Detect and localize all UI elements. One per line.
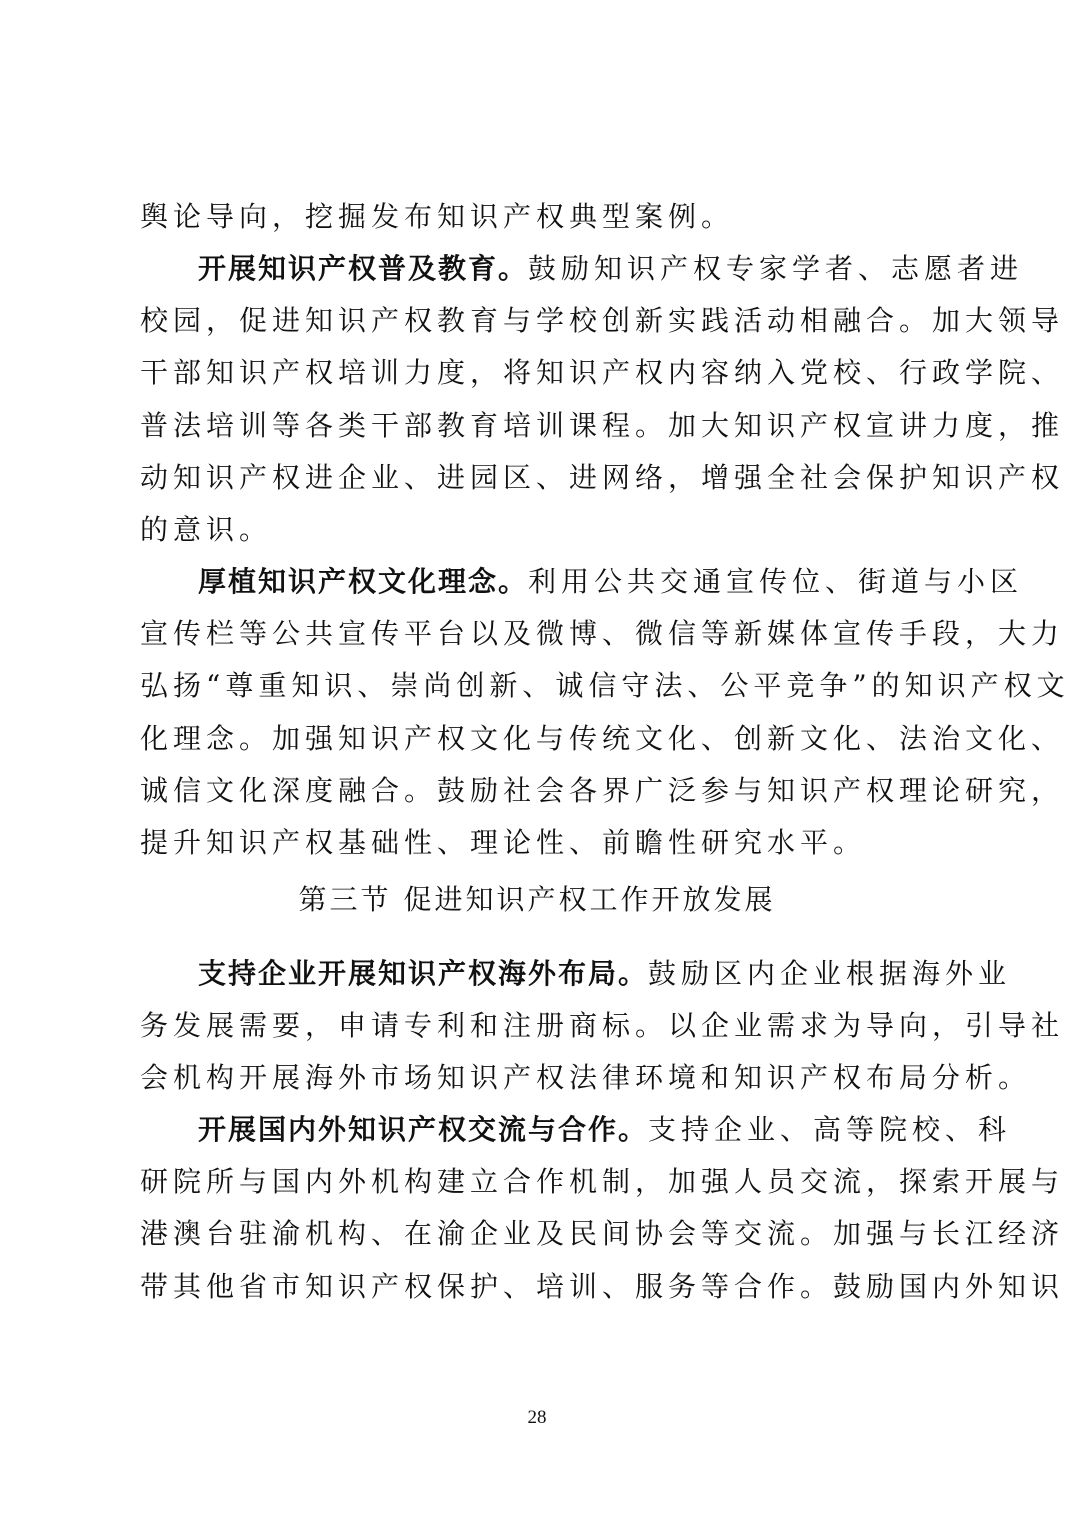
text-line: 普法培训等各类干部教育培训课程。加大知识产权宣讲力度，推 [140, 400, 940, 452]
text-line: 研院所与国内外机构建立合作机制，加强人员交流，探索开展与 [140, 1156, 940, 1208]
document-page: 舆论导向，挖掘发布知识产权典型案例。 开展知识产权普及教育。鼓励知识产权专家学者… [0, 0, 1074, 1520]
text-block-overseas: 支持企业开展知识产权海外布局。鼓励区内企业根据海外业 务发展需要，申请专利和注册… [140, 948, 940, 1105]
paragraph-continuation: 舆论导向，挖掘发布知识产权典型案例。 [140, 191, 940, 243]
text-line: 务发展需要，申请专利和注册商标。以企业需求为导向，引导社 [140, 1000, 940, 1052]
text-line: 厚植知识产权文化理念。利用公共交通宣传位、街道与小区 [140, 556, 940, 608]
paragraph-education: 开展知识产权普及教育。鼓励知识产权专家学者、志愿者进 校园，促进知识产权教育与学… [140, 243, 940, 556]
text-line: 会机构开展海外市场知识产权法律环境和知识产权布局分析。 [140, 1052, 940, 1104]
text-line: 开展知识产权普及教育。鼓励知识产权专家学者、志愿者进 [140, 243, 940, 295]
page-number: 28 [0, 1406, 1074, 1430]
text-line: 的意识。 [140, 504, 940, 556]
text-line: 带其他省市知识产权保护、培训、服务等合作。鼓励国内外知识 [140, 1261, 940, 1313]
text-block-continuation: 舆论导向，挖掘发布知识产权典型案例。 [140, 191, 940, 243]
paragraph-overseas: 支持企业开展知识产权海外布局。鼓励区内企业根据海外业 务发展需要，申请专利和注册… [140, 948, 940, 1105]
text-line: 宣传栏等公共宣传平台以及微博、微信等新媒体宣传手段，大力 [140, 608, 940, 660]
text-line: 提升知识产权基础性、理论性、前瞻性研究水平。 [140, 817, 940, 869]
paragraph-lead-heading: 支持企业开展知识产权海外布局。 [198, 957, 648, 990]
paragraph-culture: 厚植知识产权文化理念。利用公共交通宣传位、街道与小区 宣传栏等公共宣传平台以及微… [140, 556, 940, 869]
text-line: 动知识产权进企业、进园区、进网络，增强全社会保护知识产权 [140, 452, 940, 504]
text-line: 舆论导向，挖掘发布知识产权典型案例。 [140, 191, 940, 243]
text-line: 诚信文化深度融合。鼓励社会各界广泛参与知识产权理论研究， [140, 765, 940, 817]
text-block-culture: 厚植知识产权文化理念。利用公共交通宣传位、街道与小区 宣传栏等公共宣传平台以及微… [140, 556, 940, 869]
text-block-cooperation: 开展国内外知识产权交流与合作。支持企业、高等院校、科 研院所与国内外机构建立合作… [140, 1104, 940, 1313]
text-line: 弘扬“尊重知识、崇尚创新、诚信守法、公平竞争”的知识产权文 [140, 660, 940, 712]
paragraph-cooperation: 开展国内外知识产权交流与合作。支持企业、高等院校、科 研院所与国内外机构建立合作… [140, 1104, 940, 1313]
text-line: 校园，促进知识产权教育与学校创新实践活动相融合。加大领导 [140, 295, 940, 347]
paragraph-lead-heading: 开展知识产权普及教育。 [198, 252, 528, 285]
text-block-education: 开展知识产权普及教育。鼓励知识产权专家学者、志愿者进 校园，促进知识产权教育与学… [140, 243, 940, 556]
paragraph-lead-heading: 开展国内外知识产权交流与合作。 [198, 1113, 648, 1146]
text-line: 支持企业开展知识产权海外布局。鼓励区内企业根据海外业 [140, 948, 940, 1000]
paragraph-lead-heading: 厚植知识产权文化理念。 [198, 565, 528, 598]
text-line: 港澳台驻渝机构、在渝企业及民间协会等交流。加强与长江经济 [140, 1208, 940, 1260]
text-line: 化理念。加强知识产权文化与传统文化、创新文化、法治文化、 [140, 713, 940, 765]
text-line: 开展国内外知识产权交流与合作。支持企业、高等院校、科 [140, 1104, 940, 1156]
text-line: 干部知识产权培训力度，将知识产权内容纳入党校、行政学院、 [140, 347, 940, 399]
section-heading: 第三节 促进知识产权工作开放发展 [0, 876, 1074, 924]
